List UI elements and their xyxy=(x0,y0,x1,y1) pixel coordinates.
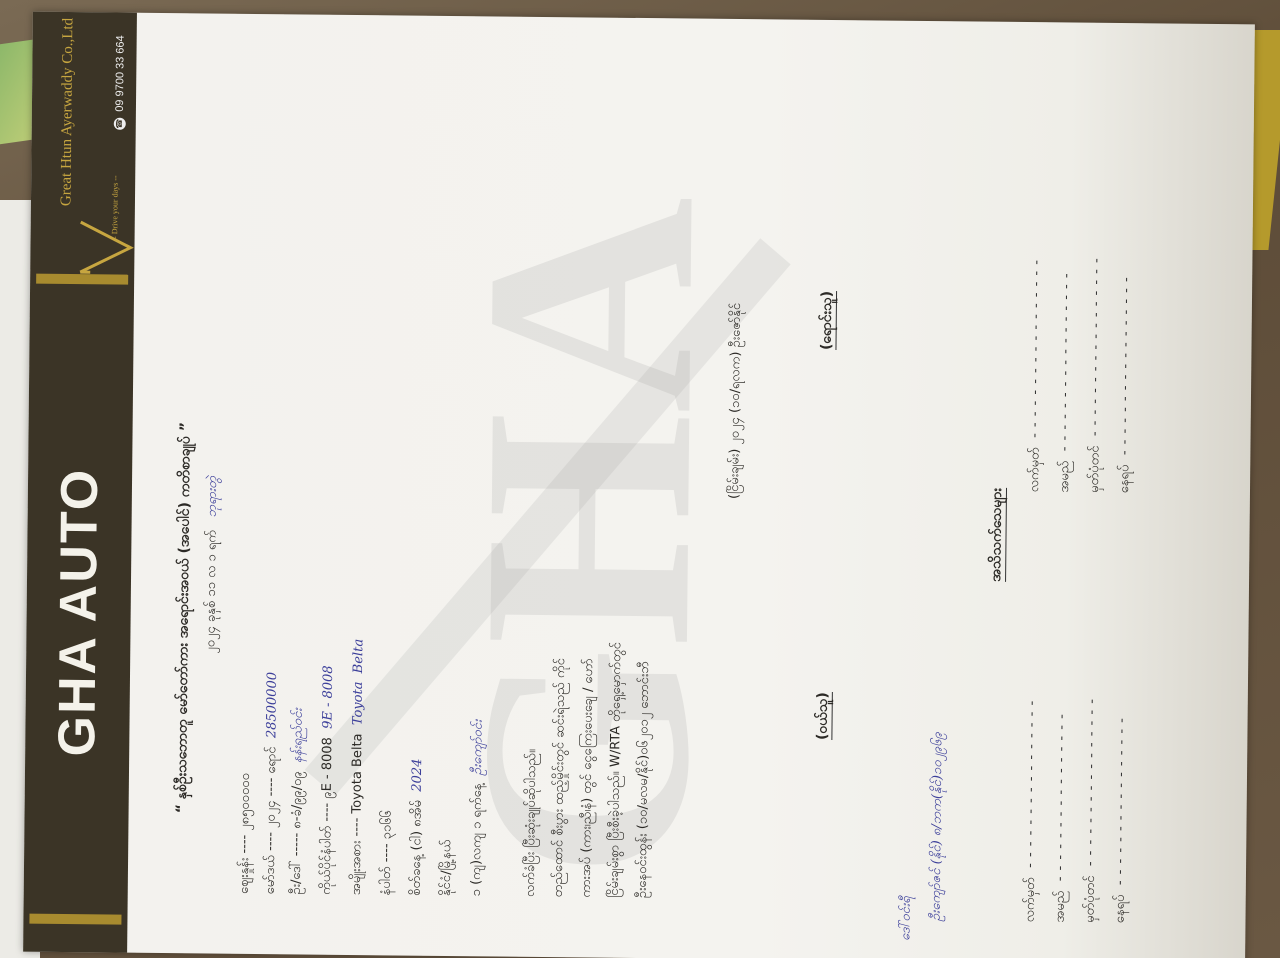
tagline: -- Drive your days -- xyxy=(110,175,120,241)
para2-line: ကားအပ် (ကား၊ညီ၊နံ) တွင် ငွေကြေးပေးချေ / … xyxy=(580,658,596,897)
phone-number: ☎ 09 9700 33 664 xyxy=(114,35,127,130)
para2-line: ငြိမ်းချမ်းစွာ ပြီးစီးခဲ့ပါသည်။ W/RTA တိ… xyxy=(608,642,624,898)
brand-handwritten: Toyota xyxy=(351,681,366,725)
agreement-title: “ နှစ်ဦးသဘောတူ မော်တော်ကား အရောင်းအဝယ် (… xyxy=(175,422,193,813)
para1-line: နံပါတ် ---- ၃၁၆၆ xyxy=(380,810,394,895)
phone-icon: ☎ xyxy=(114,118,126,130)
buyer-name-hw: ဒေါ်ဝင်းရီ xyxy=(899,896,912,941)
buyer-signature-hw: ဦးကျော်ဇင် (နိုင်) ၈/ဘက(နိုင်)၁၀၂၉၆၉ xyxy=(929,732,944,921)
witness-field: မှတ်ပုံတင် - - - - - - - - - - - - - - -… xyxy=(1083,698,1098,923)
blank-line[interactable]: - - - - - - - - - - - - - - - - xyxy=(1113,717,1130,890)
blank-line[interactable]: - - - - - - - - - - - - - - - - - xyxy=(1117,276,1134,460)
gold-divider xyxy=(29,914,121,925)
letterhead-band: GHA AUTO Great Htun Ayerwaddy Co.,Ltd ☎ … xyxy=(23,12,137,953)
para1-line: အမျိုးအစား ---- Toyota Belta Toyota Belt… xyxy=(350,639,366,895)
blank-line[interactable]: - - - - - - - - - - - - - - - - xyxy=(1053,713,1070,886)
para1-line: မော်ဒယ် ---- ၂၀၂၄ ---- ရောင် 28500000 xyxy=(264,672,279,894)
para1-line: နိုင်ငံ/မြို့နယ် xyxy=(440,839,454,896)
witness-field: အမည် - - - - - - - - - - - - - - - - - xyxy=(1058,272,1073,492)
gha-logo-icon xyxy=(70,212,141,283)
para1-line: ဈေးနှုန်း ---- ၂၈၅၀၀၀၀၀ xyxy=(238,773,252,894)
para1-line: စိတ်ခနေ့ (ငါ) ၈အိမ် 2024 xyxy=(410,759,424,896)
witness-heading: အသိသက်သေများ xyxy=(989,488,1007,582)
witness-field: လက်မှတ် - - - - - - - - - - - - - - - - … xyxy=(1028,259,1043,492)
para1-line: ကိုယ်ပိုင်နံပါတ် ---- ၉E - 8008 9E - 800… xyxy=(320,665,335,895)
date-text: ၂၀၂၄ ခုနှစ် ၁၁ လ ၁ ရက် xyxy=(203,530,219,654)
phone-text: 09 9700 33 664 xyxy=(114,35,127,112)
model-handwritten: Belta xyxy=(351,639,366,674)
para1-line: ၁ (ကျ)လကျ ၁ ရက်နေ့ ဦးကျော်ဝင်း xyxy=(470,720,485,897)
seller-signature-hw: ဦးကျော်ဝင်း xyxy=(470,720,486,776)
owner-handwritten: နန်းရည်ဝင်း xyxy=(290,708,306,763)
blank-line[interactable]: - - - - - - - - - - - - - - - - xyxy=(1083,698,1100,871)
price-handwritten: 28500000 xyxy=(264,672,280,738)
para2-line: လက်ခံပြီး ပြီးဆုံးချုပ်ဆိုပါသည်။ xyxy=(524,749,539,897)
date-handwritten: ဘုရားတွဲ xyxy=(205,476,220,517)
year-handwritten: 2024 xyxy=(410,759,425,792)
signature-date-line: (ငြိမ်းချမ်း) ၂၀၂၄ (၁၀/ရလက) ဦးဇော်နိုင် xyxy=(728,303,743,499)
para1-line: ဦး/ဒေါ် ----- ၈-ခံ/၉၉/၀၉ နန်းရည်ဝင်း xyxy=(290,708,305,894)
date-line: ၂၀၂၄ ခုနှစ် ၁၁ လ ၁ ရက် ဘုရားတွဲ xyxy=(204,476,219,654)
plate-handwritten: 9E - 8008 xyxy=(320,665,336,729)
witness-field: အမည် - - - - - - - - - - - - - - - - xyxy=(1053,713,1068,922)
witness-field: နေရပ် - - - - - - - - - - - - - - - - xyxy=(1113,717,1128,923)
agreement-document: GHA GHA AUTO Great Htun Ayerwaddy Co.,Lt… xyxy=(23,12,1255,958)
brand-name: GHA AUTO xyxy=(47,468,110,757)
witness-field: လက်မှတ် - - - - - - - - - - - - - - - - xyxy=(1023,700,1038,922)
seller-heading: (ရောင်းသူ) xyxy=(819,291,837,350)
witness-field: နေရပ် - - - - - - - - - - - - - - - - - xyxy=(1118,276,1133,493)
blank-line[interactable]: - - - - - - - - - - - - - - - - - xyxy=(1088,257,1105,441)
blank-line[interactable]: - - - - - - - - - - - - - - - - - xyxy=(1057,272,1074,456)
blank-line[interactable]: - - - - - - - - - - - - - - - - xyxy=(1023,700,1040,873)
para2-line: တည်ထောင် စီးပွား ထည့်မှိုင်းတွင် ဆင်းရဲသ… xyxy=(552,658,568,897)
buyer-heading: (ဝယ်သူ) xyxy=(815,692,832,740)
company-name: Great Htun Ayerwaddy Co.,Ltd xyxy=(58,18,77,206)
witness-field: မှတ်ပုံတင် - - - - - - - - - - - - - - -… xyxy=(1088,257,1103,493)
photo-scene: GHA GHA AUTO Great Htun Ayerwaddy Co.,Lt… xyxy=(0,0,1280,958)
para2-line: ဦးနေဝင်းထွန်း (၁၀/မလမ/နိုင်)၀၆၂၀၁၂ ဘောင်… xyxy=(636,661,651,898)
blank-line[interactable]: - - - - - - - - - - - - - - - - - xyxy=(1027,259,1044,443)
